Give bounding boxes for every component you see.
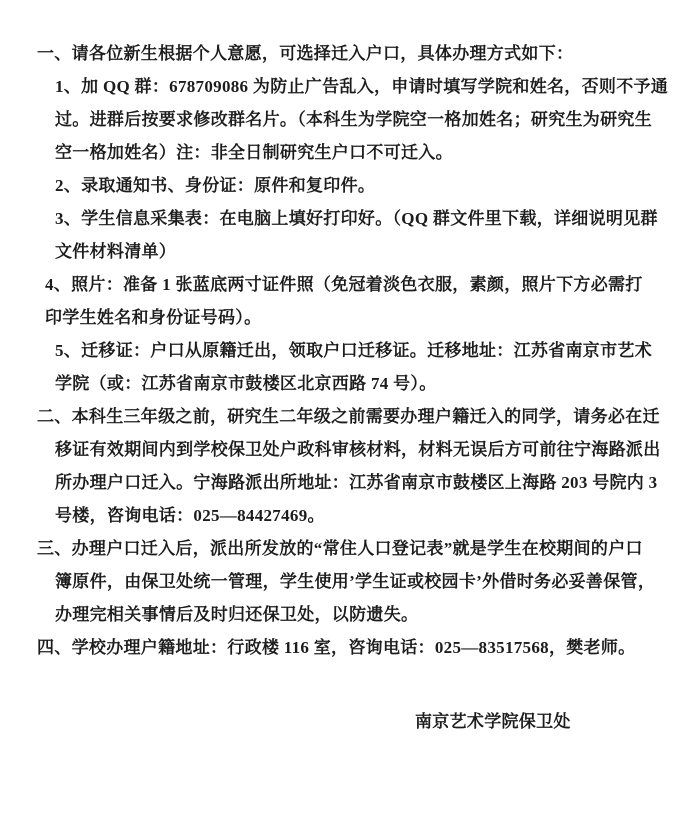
text-line: 1、加 QQ 群：678709086 为防止广告乱入，申请时填写学院和姓名，否则… [55, 70, 663, 103]
document-page: 一、请各位新生根据个人意愿，可选择迁入户口，具体办理方式如下： 1、加 QQ 群… [0, 0, 699, 820]
text-line: 移证有效期间内到学校保卫处户政科审核材料，材料无误后方可前往宁海路派出 [55, 433, 663, 466]
text-line: 一、请各位新生根据个人意愿，可选择迁入户口，具体办理方式如下： [37, 37, 663, 70]
text-line: 印学生姓名和身份证号码）。 [45, 301, 663, 334]
step-3-info-form: 3、学生信息采集表：在电脑上填好打印好。（QQ 群文件里下载，详细说明见群 文件… [37, 202, 663, 268]
section-1-household-options: 一、请各位新生根据个人意愿，可选择迁入户口，具体办理方式如下： [37, 37, 663, 70]
step-4-photo: 4、照片：准备 1 张蓝底两寸证件照（免冠着淡色衣服，素颜，照片下方必需打 印学… [37, 268, 663, 334]
step-5-migration-certificate: 5、迁移证：户口从原籍迁出，领取户口迁移证。迁移地址：江苏省南京市艺术 学院（或… [37, 334, 663, 400]
text-line: 号楼，咨询电话：025—84427469。 [55, 499, 663, 532]
text-line: 学院（或：江苏省南京市鼓楼区北京西路 74 号）。 [55, 367, 663, 400]
text-line: 过。进群后按要求修改群名片。（本科生为学院空一格加姓名；研究生为研究生 [55, 103, 663, 136]
text-line: 3、学生信息采集表：在电脑上填好打印好。（QQ 群文件里下载，详细说明见群 [55, 202, 663, 235]
step-2-documents: 2、录取通知书、身份证：原件和复印件。 [37, 169, 663, 202]
text-line: 簿原件，由保卫处统一管理，学生使用’学生证或校园卡’外借时务必妥善保管， [55, 565, 663, 598]
signature-security-office: 南京艺术学院保卫处 [415, 705, 663, 738]
section-4-school-office: 四、学校办理户籍地址：行政楼 116 室，咨询电话：025—83517568，樊… [37, 631, 663, 664]
section-2-review-process: 二、本科生三年级之前，研究生二年级之前需要办理户籍迁入的同学，请务必在迁 移证有… [37, 400, 663, 532]
text-line: 所办理户口迁入。宁海路派出所地址：江苏省南京市鼓楼区上海路 203 号院内 3 [55, 466, 663, 499]
text-line: 空一格加姓名）注：非全日制研究生户口不可迁入。 [55, 136, 663, 169]
text-line: 三、办理户口迁入后，派出所发放的“常住人口登记表”就是学生在校期间的户口 [37, 532, 663, 565]
text-line: 2、录取通知书、身份证：原件和复印件。 [55, 169, 663, 202]
text-line: 4、照片：准备 1 张蓝底两寸证件照（免冠着淡色衣服，素颜，照片下方必需打 [45, 268, 663, 301]
section-3-registration-form-custody: 三、办理户口迁入后，派出所发放的“常住人口登记表”就是学生在校期间的户口 簿原件… [37, 532, 663, 631]
text-line: 文件材料清单） [55, 235, 663, 268]
step-1-qq-group: 1、加 QQ 群：678709086 为防止广告乱入，申请时填写学院和姓名，否则… [37, 70, 663, 169]
text-line: 二、本科生三年级之前，研究生二年级之前需要办理户籍迁入的同学，请务必在迁 [37, 400, 663, 433]
text-line: 办理完相关事情后及时归还保卫处，以防遗失。 [55, 598, 663, 631]
text-line: 5、迁移证：户口从原籍迁出，领取户口迁移证。迁移地址：江苏省南京市艺术 [55, 334, 663, 367]
text-line: 四、学校办理户籍地址：行政楼 116 室，咨询电话：025—83517568，樊… [37, 631, 663, 664]
